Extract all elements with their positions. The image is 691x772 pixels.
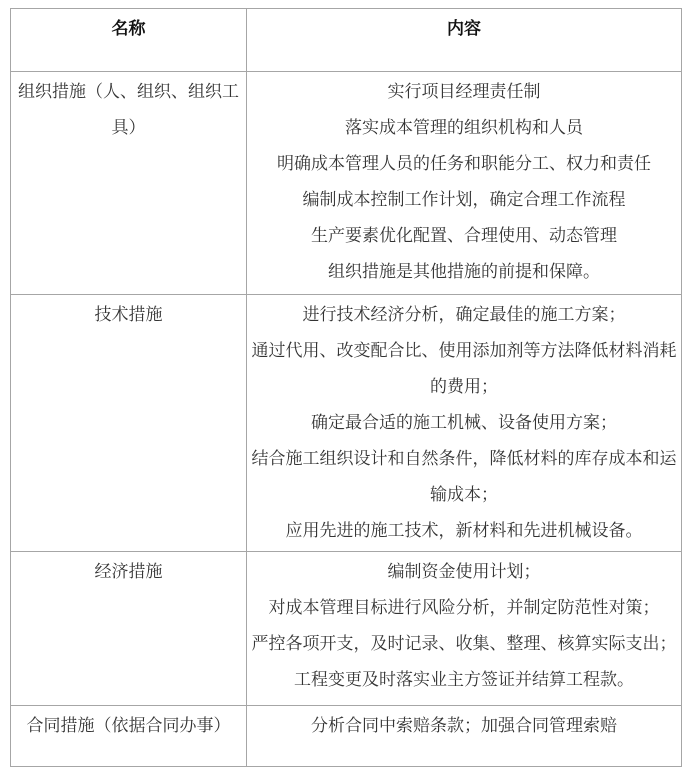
measure-item: 实行项目经理责任制 [249, 74, 679, 110]
measure-item: 确定最合适的施工机械、设备使用方案； [249, 405, 679, 441]
measure-name: 经济措施 [13, 554, 244, 590]
measure-name-cell: 组织措施（人、组织、组织工具） [11, 72, 247, 295]
cost-measures-table-container: 名称 内容 组织措施（人、组织、组织工具） 实行项目经理责任制 落实成本管理的组… [10, 8, 682, 767]
measure-content-cell: 编制资金使用计划； 对成本管理目标进行风险分析，并制定防范性对策； 严控各项开支… [247, 552, 682, 706]
measure-name: 技术措施 [13, 297, 244, 333]
measure-name: 组织措施（人、组织、组织工具） [13, 74, 244, 146]
measure-item: 编制资金使用计划； [249, 554, 679, 590]
measure-item: 组织措施是其他措施的前提和保障。 [249, 254, 679, 290]
measure-item: 编制成本控制工作计划，确定合理工作流程 [249, 182, 679, 218]
measure-item: 应用先进的施工技术，新材料和先进机械设备。 [249, 513, 679, 549]
measure-content-cell: 实行项目经理责任制 落实成本管理的组织机构和人员 明确成本管理人员的任务和职能分… [247, 72, 682, 295]
table-row-contract-measures: 合同措施（依据合同办事） 分析合同中索赔条款；加强合同管理索赔 [11, 706, 682, 767]
measure-item: 落实成本管理的组织机构和人员 [249, 110, 679, 146]
measure-item: 通过代用、改变配合比、使用添加剂等方法降低材料消耗的费用； [249, 333, 679, 405]
measure-name-cell: 经济措施 [11, 552, 247, 706]
measure-item: 进行技术经济分析，确定最佳的施工方案； [249, 297, 679, 333]
measure-name-cell: 合同措施（依据合同办事） [11, 706, 247, 767]
measure-item: 对成本管理目标进行风险分析，并制定防范性对策； [249, 590, 679, 626]
measure-item: 结合施工组织设计和自然条件，降低材料的库存成本和运输成本； [249, 441, 679, 513]
cost-measures-table: 名称 内容 组织措施（人、组织、组织工具） 实行项目经理责任制 落实成本管理的组… [10, 8, 682, 767]
table-body: 组织措施（人、组织、组织工具） 实行项目经理责任制 落实成本管理的组织机构和人员… [11, 72, 682, 767]
measure-item: 明确成本管理人员的任务和职能分工、权力和责任 [249, 146, 679, 182]
table-row-organizational-measures: 组织措施（人、组织、组织工具） 实行项目经理责任制 落实成本管理的组织机构和人员… [11, 72, 682, 295]
measure-item: 工程变更及时落实业主方签证并结算工程款。 [249, 662, 679, 698]
measure-name: 合同措施（依据合同办事） [13, 708, 244, 744]
measure-content-cell: 进行技术经济分析，确定最佳的施工方案； 通过代用、改变配合比、使用添加剂等方法降… [247, 295, 682, 552]
column-header-content: 内容 [247, 9, 682, 72]
table-row-technical-measures: 技术措施 进行技术经济分析，确定最佳的施工方案； 通过代用、改变配合比、使用添加… [11, 295, 682, 552]
header-row: 名称 内容 [11, 9, 682, 72]
measure-item: 生产要素优化配置、合理使用、动态管理 [249, 218, 679, 254]
measure-name-cell: 技术措施 [11, 295, 247, 552]
measure-item: 分析合同中索赔条款；加强合同管理索赔 [249, 708, 679, 744]
column-header-name: 名称 [11, 9, 247, 72]
table-header: 名称 内容 [11, 9, 682, 72]
measure-item: 严控各项开支，及时记录、收集、整理、核算实际支出； [249, 626, 679, 662]
measure-content-cell: 分析合同中索赔条款；加强合同管理索赔 [247, 706, 682, 767]
table-row-economic-measures: 经济措施 编制资金使用计划； 对成本管理目标进行风险分析，并制定防范性对策； 严… [11, 552, 682, 706]
